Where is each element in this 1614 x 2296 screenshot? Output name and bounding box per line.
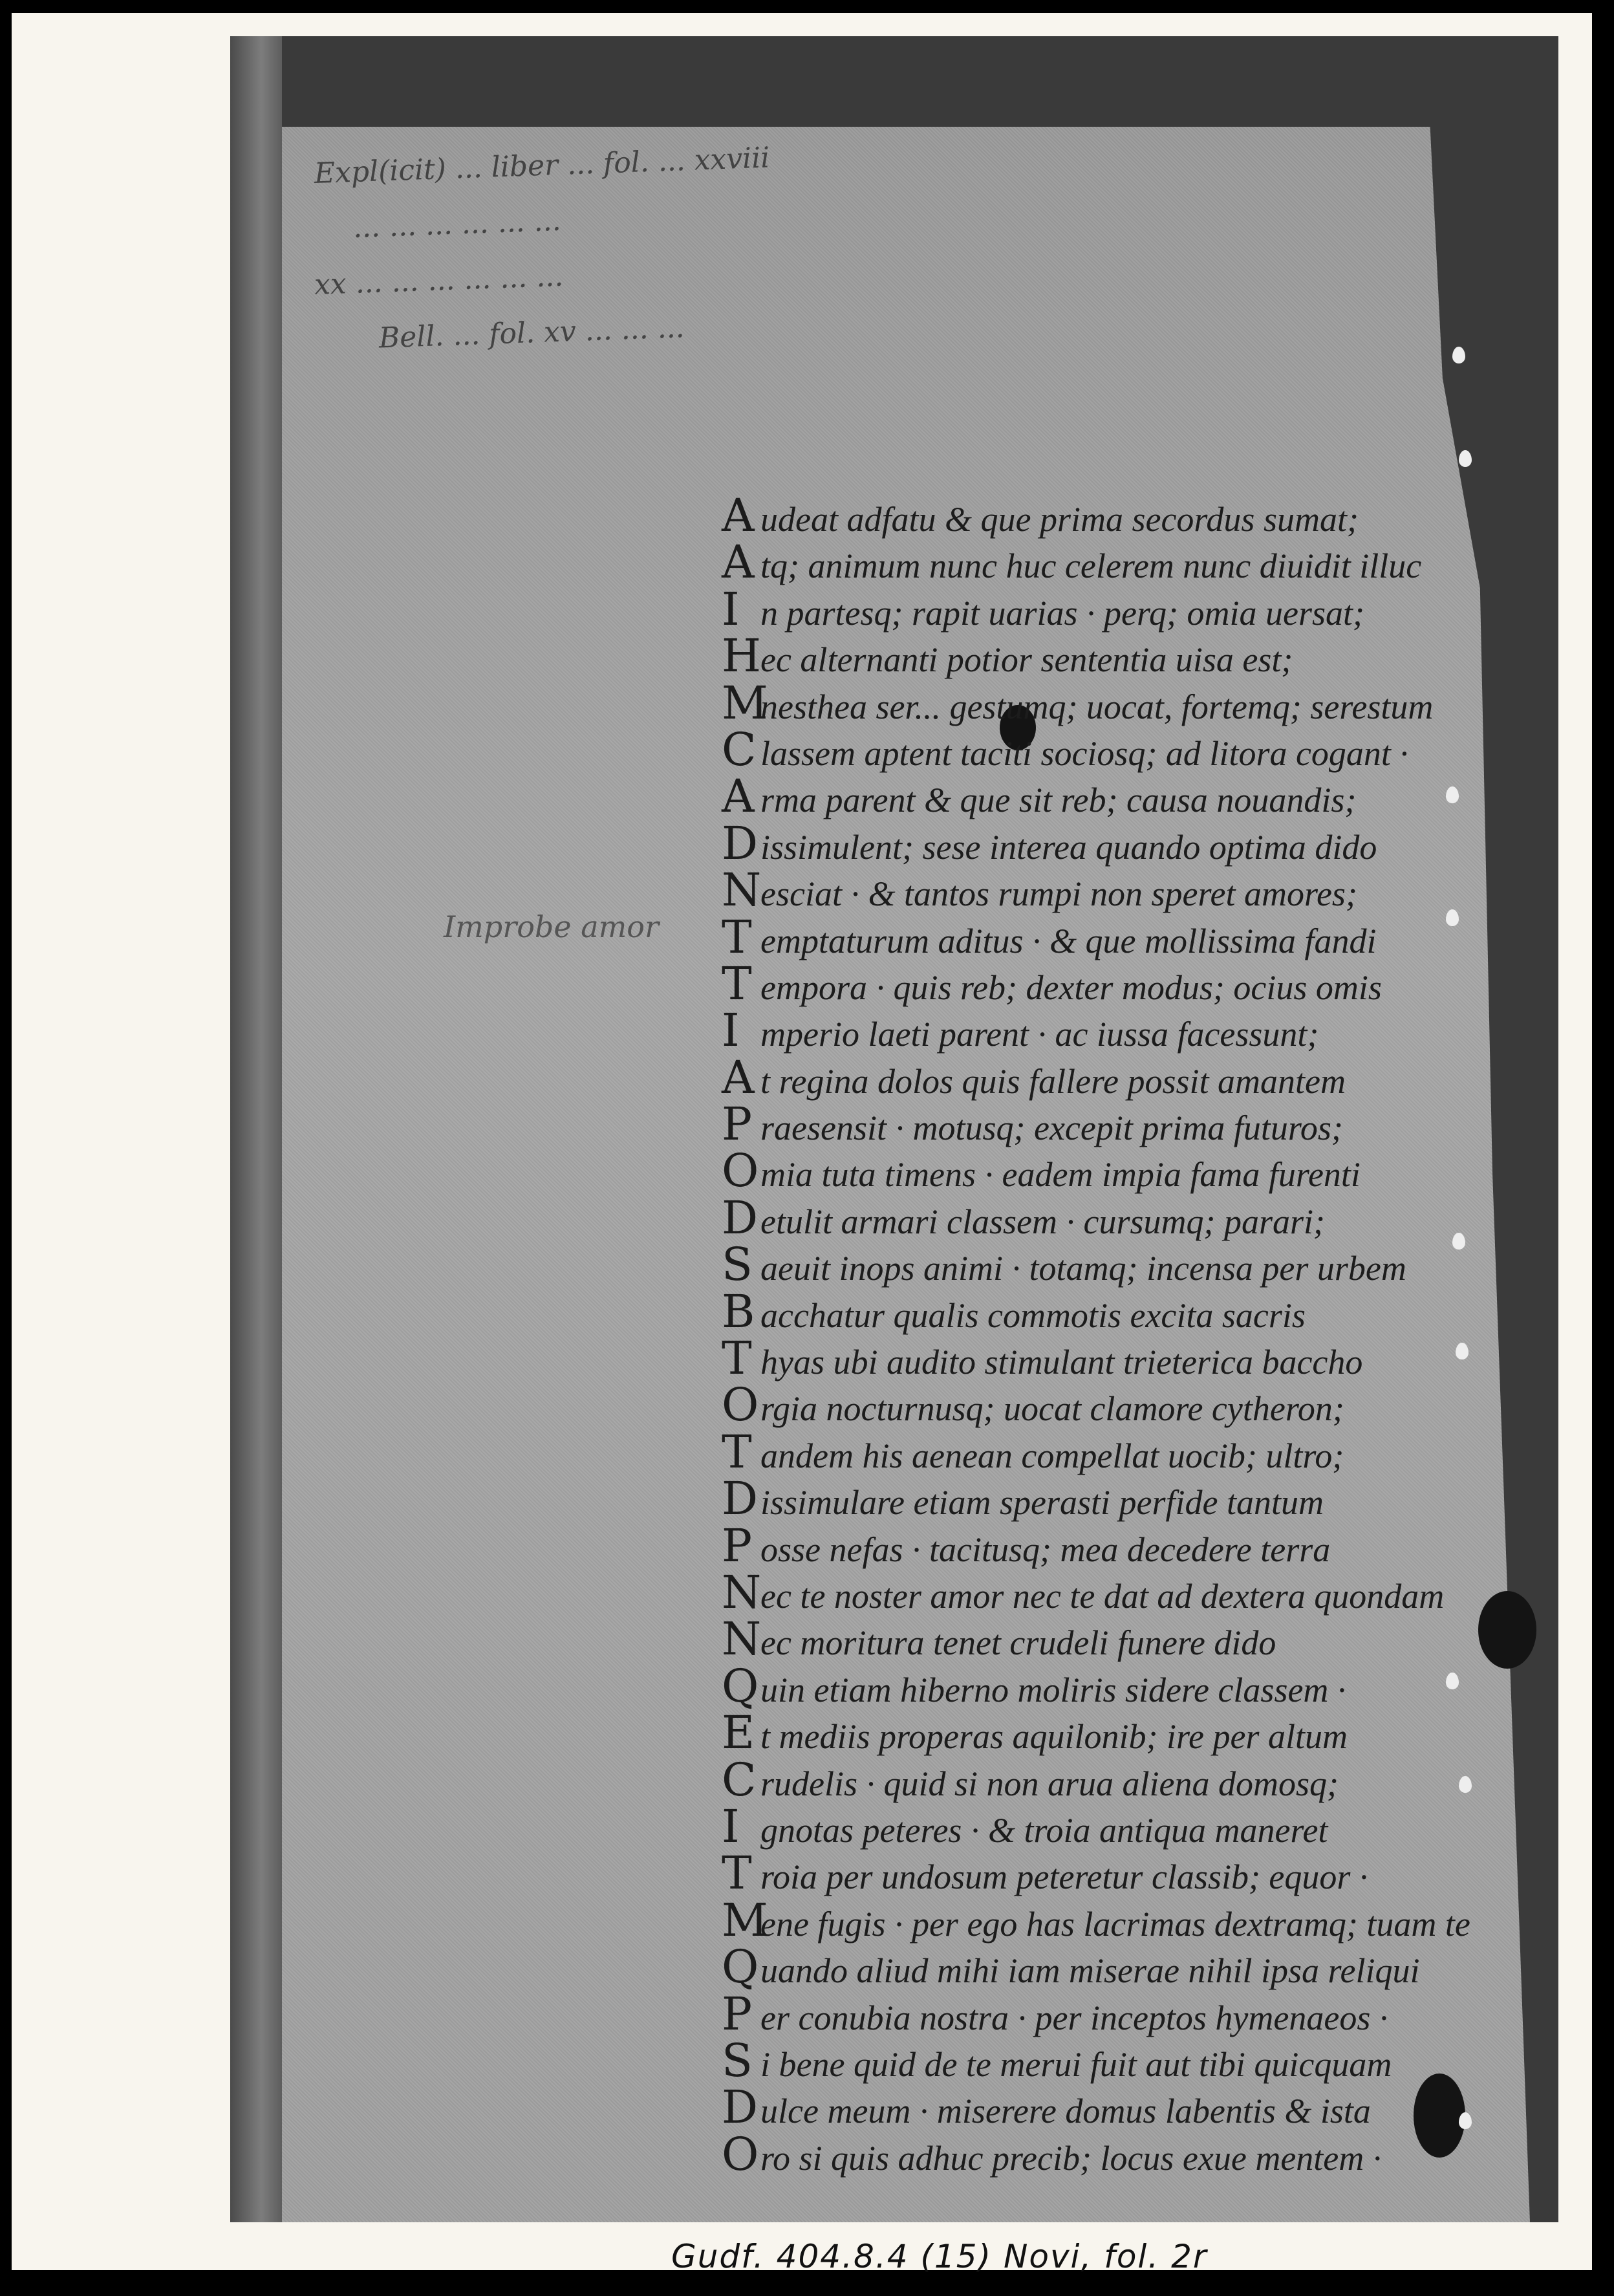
- text-line: Quando aliud mihi iam miserae nihil ipsa…: [722, 1940, 1558, 1987]
- line-text: ec alternanti potior sententia uisa est;: [760, 640, 1293, 680]
- line-text: i bene quid de te merui fuit aut tibi qu…: [760, 2044, 1392, 2085]
- line-text: aeuit inops animi · totamq; incensa per …: [760, 1248, 1406, 1288]
- initial-letter: C: [722, 723, 760, 776]
- initial-letter: M: [722, 677, 760, 730]
- initial-letter: P: [722, 1098, 760, 1151]
- initial-letter: Q: [722, 1940, 760, 1993]
- text-line: Dissimulent; sese interea quando optima …: [722, 817, 1558, 863]
- line-text: t regina dolos quis fallere possit amant…: [760, 1061, 1346, 1101]
- line-text: ec te noster amor nec te dat ad dextera …: [760, 1576, 1444, 1616]
- shelfmark-caption: Gudf. 404.8.4 (15) Novi, fol. 2r: [671, 2238, 1207, 2275]
- line-text: ene fugis · per ego has lacrimas dextram…: [760, 1904, 1470, 1944]
- text-line: Classem aptent taciti sociosq; ad litora…: [722, 723, 1558, 770]
- text-line: Ignotas peteres · & troia antiqua manere…: [722, 1800, 1558, 1847]
- initial-letter: D: [722, 2081, 760, 2134]
- line-text: t mediis properas aquilonib; ire per alt…: [760, 1717, 1348, 1757]
- initial-letter: A: [722, 536, 760, 589]
- initial-letter: N: [722, 1612, 760, 1665]
- line-text: acchatur qualis commotis excita sacris: [760, 1295, 1306, 1336]
- margin-note: Improbe amor: [444, 909, 659, 944]
- text-line: Hec alternanti potior sententia uisa est…: [722, 629, 1558, 676]
- line-text: er conubia nostra · per inceptos hymenae…: [760, 1998, 1388, 2038]
- initial-letter: O: [722, 1378, 760, 1431]
- initial-letter: M: [722, 1894, 760, 1947]
- text-line: Oro si quis adhuc precib; locus exue men…: [722, 2128, 1558, 2174]
- line-text: udeat adfatu & que prima secordus sumat;: [760, 499, 1359, 539]
- text-line: Mnesthea ser... gestumq; uocat, fortemq;…: [722, 677, 1558, 723]
- line-text: osse nefas · tacitusq; mea decedere terr…: [760, 1530, 1330, 1570]
- line-text: hyas ubi audito stimulant trieterica bac…: [760, 1342, 1362, 1382]
- initial-letter: T: [722, 1847, 760, 1900]
- paper-damage-spot: [1459, 450, 1472, 467]
- text-line: Troia per undosum peteretur classib; equ…: [722, 1847, 1558, 1893]
- text-line: Tandem his aenean compellat uocib; ultro…: [722, 1425, 1558, 1472]
- paper-damage-spot: [1452, 347, 1465, 363]
- text-line: Detulit armari classem · cursumq; parari…: [722, 1191, 1558, 1238]
- line-text: rma parent & que sit reb; causa nouandis…: [760, 780, 1356, 820]
- initial-letter: S: [722, 2034, 760, 2087]
- initial-letter: Q: [722, 1660, 760, 1713]
- initial-letter: I: [722, 1004, 760, 1057]
- text-line: Mene fugis · per ego has lacrimas dextra…: [722, 1894, 1558, 1940]
- text-line: Bacchatur qualis commotis excita sacris: [722, 1285, 1558, 1332]
- initial-letter: C: [722, 1753, 760, 1806]
- book-binding-gutter: [230, 36, 282, 2222]
- text-line: Orgia nocturnusq; uocat clamore cytheron…: [722, 1378, 1558, 1425]
- line-text: emptaturum aditus · & que mollissima fan…: [760, 921, 1377, 961]
- initial-letter: T: [722, 911, 760, 964]
- text-line: In partesq; rapit uarias · perq; omia ue…: [722, 583, 1558, 629]
- text-line: Dissimulare etiam sperasti perfide tantu…: [722, 1472, 1558, 1519]
- initial-letter: O: [722, 1144, 760, 1197]
- initial-letter: E: [722, 1706, 760, 1759]
- initial-letter: N: [722, 1566, 760, 1619]
- text-line: Thyas ubi audito stimulant trieterica ba…: [722, 1332, 1558, 1378]
- line-text: ulce meum · miserere domus labentis & is…: [760, 2091, 1371, 2131]
- initial-letter: A: [722, 770, 760, 823]
- scanned-page: Expl(icit) ... liber ... fol. ... xxviii…: [12, 13, 1592, 2270]
- line-text: roia per undosum peteretur classib; equo…: [760, 1857, 1368, 1897]
- line-text: empora · quis reb; dexter modus; ocius o…: [760, 968, 1382, 1008]
- manuscript-photograph: Expl(icit) ... liber ... fol. ... xxviii…: [230, 36, 1558, 2222]
- initial-letter: T: [722, 1332, 760, 1385]
- line-text: ro si quis adhuc precib; locus exue ment…: [760, 2138, 1381, 2178]
- text-line: Audeat adfatu & que prima secordus sumat…: [722, 489, 1558, 536]
- text-line: Imperio laeti parent · ac iussa facessun…: [722, 1004, 1558, 1050]
- text-line: Et mediis properas aquilonib; ire per al…: [722, 1706, 1558, 1753]
- initial-letter: D: [722, 817, 760, 870]
- initial-letter: I: [722, 583, 760, 636]
- text-line: Per conubia nostra · per inceptos hymena…: [722, 1987, 1558, 2034]
- line-text: andem his aenean compellat uocib; ultro;: [760, 1436, 1344, 1476]
- line-text: ec moritura tenet crudeli funere dido: [760, 1623, 1276, 1663]
- line-text: gnotas peteres · & troia antiqua maneret: [760, 1810, 1328, 1850]
- initial-letter: I: [722, 1800, 760, 1853]
- text-line: Si bene quid de te merui fuit aut tibi q…: [722, 2034, 1558, 2081]
- line-text: esciat · & tantos rumpi non speret amore…: [760, 874, 1357, 914]
- initial-letter: N: [722, 863, 760, 916]
- initial-letter: T: [722, 1425, 760, 1478]
- line-text: tq; animum nunc huc celerem nunc diuidit…: [760, 546, 1421, 586]
- text-line: Crudelis · quid si non arua aliena domos…: [722, 1753, 1558, 1800]
- line-text: n partesq; rapit uarias · perq; omia uer…: [760, 593, 1364, 633]
- text-line: Dulce meum · miserere domus labentis & i…: [722, 2081, 1558, 2127]
- text-line: Nec moritura tenet crudeli funere dido: [722, 1612, 1558, 1659]
- initial-letter: H: [722, 629, 760, 682]
- text-line: Atq; animum nunc huc celerem nunc diuidi…: [722, 536, 1558, 582]
- initial-letter: T: [722, 957, 760, 1010]
- line-text: etulit armari classem · cursumq; parari;: [760, 1202, 1325, 1242]
- line-text: issimulare etiam sperasti perfide tantum: [760, 1482, 1324, 1522]
- initial-letter: B: [722, 1285, 760, 1338]
- initial-letter: D: [722, 1191, 760, 1244]
- line-text: mperio laeti parent · ac iussa facessunt…: [760, 1014, 1318, 1054]
- line-text: rgia nocturnusq; uocat clamore cytheron;: [760, 1389, 1344, 1429]
- line-text: rudelis · quid si non arua aliena domosq…: [760, 1764, 1339, 1804]
- line-text: uando aliud mihi iam miserae nihil ipsa …: [760, 1951, 1420, 1991]
- line-text: issimulent; sese interea quando optima d…: [760, 827, 1377, 867]
- initial-letter: P: [722, 1519, 760, 1572]
- line-text: mia tuta timens · eadem impia fama furen…: [760, 1154, 1361, 1195]
- line-text: nesthea ser... gestumq; uocat, fortemq; …: [760, 687, 1433, 727]
- text-line: Arma parent & que sit reb; causa nouandi…: [722, 770, 1558, 816]
- text-line: Temptaturum aditus · & que mollissima fa…: [722, 911, 1558, 957]
- text-line: At regina dolos quis fallere possit aman…: [722, 1051, 1558, 1098]
- text-line: Saeuit inops animi · totamq; incensa per…: [722, 1238, 1558, 1284]
- initial-letter: S: [722, 1238, 760, 1291]
- text-line: Praesensit · motusq; excepit prima futur…: [722, 1098, 1558, 1144]
- initial-letter: D: [722, 1472, 760, 1525]
- initial-letter: A: [722, 1051, 760, 1104]
- manuscript-text: Audeat adfatu & que prima secordus sumat…: [722, 489, 1558, 2174]
- text-line: Nec te noster amor nec te dat ad dextera…: [722, 1566, 1558, 1612]
- text-line: Nesciat · & tantos rumpi non speret amor…: [722, 863, 1558, 910]
- text-line: Quin etiam hiberno moliris sidere classe…: [722, 1660, 1558, 1706]
- top-annotations: Expl(icit) ... liber ... fol. ... xxviii…: [314, 146, 1478, 369]
- line-text: uin etiam hiberno moliris sidere classem…: [760, 1670, 1346, 1710]
- line-text: raesensit · motusq; excepit prima futuro…: [760, 1108, 1343, 1148]
- initial-letter: O: [722, 2128, 760, 2181]
- text-line: Tempora · quis reb; dexter modus; ocius …: [722, 957, 1558, 1004]
- line-text: lassem aptent taciti sociosq; ad litora …: [760, 733, 1408, 774]
- initial-letter: A: [722, 489, 760, 542]
- text-line: Omia tuta timens · eadem impia fama fure…: [722, 1144, 1558, 1191]
- initial-letter: P: [722, 1987, 760, 2041]
- text-line: Posse nefas · tacitusq; mea decedere ter…: [722, 1519, 1558, 1566]
